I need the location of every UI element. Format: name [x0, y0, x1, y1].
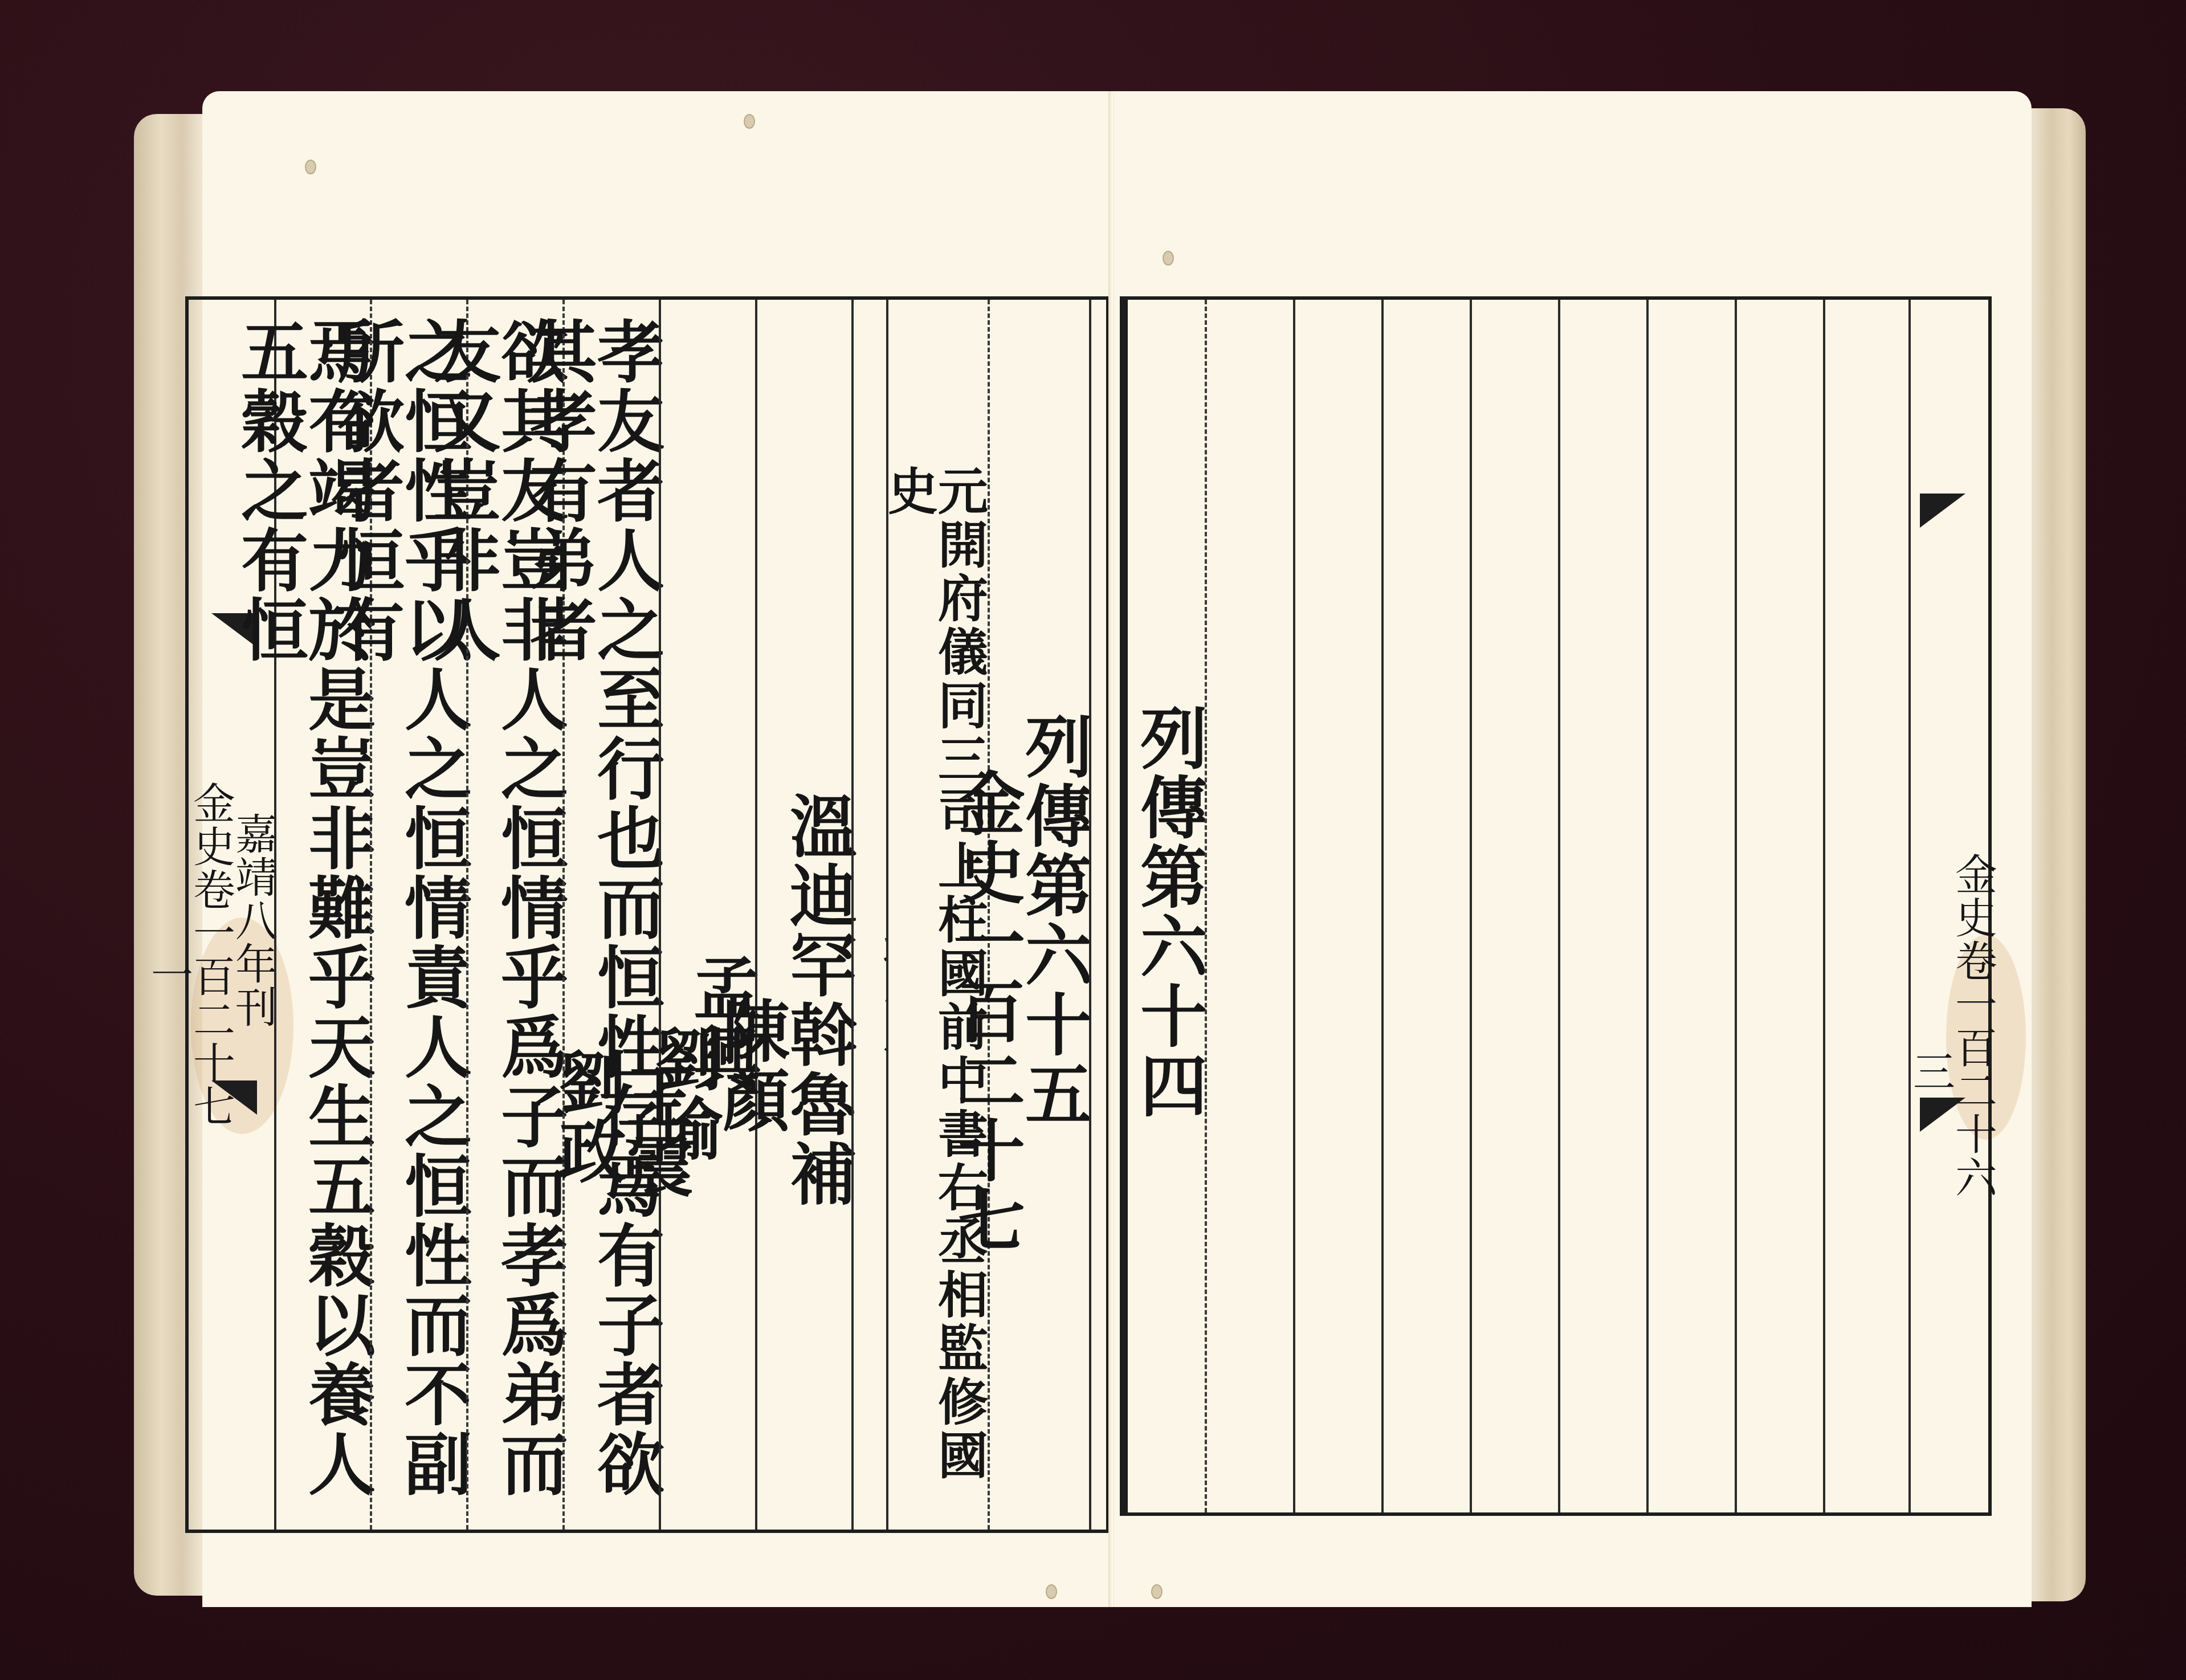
fold-leaf: 一	[148, 953, 190, 996]
column-rule	[1470, 300, 1472, 1512]
body-column-1: 孝友者人之至行也而恒性存焉有子者欲其孝有弟者	[565, 300, 659, 1530]
fold-volume: 金史卷一百二十六	[1952, 853, 1994, 1199]
column-rule	[1908, 300, 1911, 1512]
right-print-frame: 列傳第六十四 金史卷一百二十六 三	[1120, 296, 1992, 1516]
chapter-heading-column: 列傳第六十五 金史一百二十七	[990, 300, 1087, 1530]
column-rule	[1293, 300, 1295, 1512]
fishtail-mark	[1920, 494, 1965, 528]
column-rule	[1205, 300, 1207, 1512]
names-column-1: 溫迪罕斡魯補 陳顏 劉瑜	[757, 300, 851, 1530]
column-rule	[1735, 300, 1737, 1512]
binding-hole	[1046, 1584, 1057, 1599]
column-rule	[1558, 300, 1560, 1512]
fold-leaf: 三	[1910, 1050, 1952, 1093]
left-page-right-columns: 元開府儀同三司上柱國前中書右丞相監修國史 列傳第六十五 金史一百二十七	[886, 296, 1114, 1533]
right-fold-column: 金史卷一百二十六 三	[1914, 300, 1994, 1512]
chapter-heading: 列傳第六十五	[1019, 712, 1087, 1129]
binding-hole	[1151, 1584, 1163, 1599]
fold-volume: 金史卷一百二十七	[190, 781, 232, 1128]
volume-title: 金史一百二十七	[952, 768, 1019, 1255]
right-page-stack	[2029, 108, 2086, 1601]
binding-hole	[305, 160, 316, 174]
right-chapter-heading: 列傳第六十四	[1135, 703, 1202, 1120]
column-rule	[1646, 300, 1649, 1512]
binding-hole	[744, 114, 755, 129]
column-rule	[1089, 300, 1091, 1530]
binding-hole	[1163, 251, 1174, 266]
names-column-2: 孟興 王震 劉政	[661, 300, 755, 1530]
right-page: 列傳第六十四 金史卷一百二十六 三	[1114, 91, 2032, 1607]
column-rule	[1381, 300, 1384, 1512]
column-rule	[1823, 300, 1825, 1512]
right-header-column: 列傳第六十四	[1128, 300, 1202, 1512]
